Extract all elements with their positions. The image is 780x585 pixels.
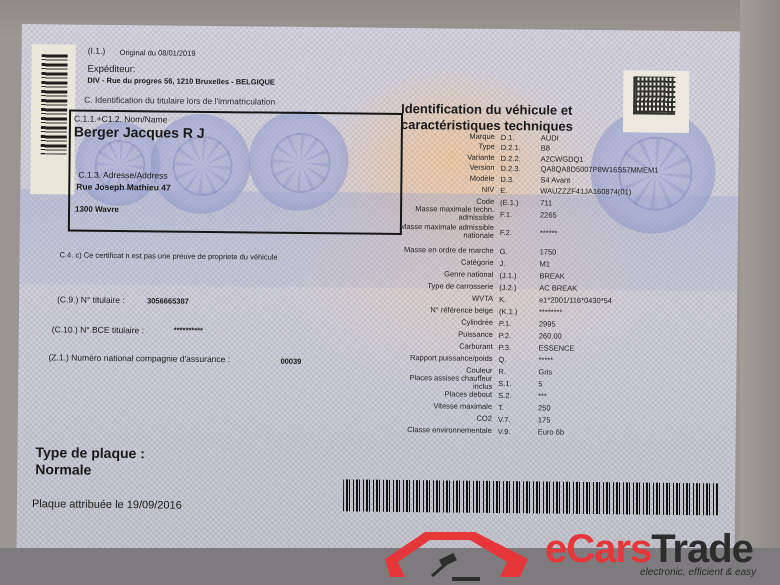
spec-label: Masse en ordre de marche bbox=[404, 246, 494, 255]
ref-code: (I.1.) bbox=[88, 46, 106, 56]
spec-code: P.3. bbox=[499, 343, 511, 352]
spec-label: Classe environnementale bbox=[407, 426, 492, 435]
spec-code: S.2. bbox=[498, 391, 511, 400]
spec-value: ESSENCE bbox=[539, 343, 575, 352]
address-label: C.1.3. Adresse/Address bbox=[78, 170, 167, 181]
spec-label: Version bbox=[469, 164, 494, 172]
holder-section-title: C. Identification du titulaire lors de l… bbox=[84, 95, 275, 107]
spec-value: QA8QA8D5007P8W16S57MMEM1 bbox=[540, 164, 658, 174]
spec-code: T. bbox=[498, 403, 504, 412]
spec-label: Marque bbox=[469, 133, 495, 141]
barcode-icon bbox=[41, 54, 68, 154]
spec-label: Modèle bbox=[470, 175, 495, 183]
spec-label: N° référence belge bbox=[430, 306, 493, 315]
spec-label: NIV bbox=[482, 186, 495, 194]
holder-name: Berger Jacques R J bbox=[74, 124, 205, 141]
sender-label: Expéditeur: bbox=[87, 64, 135, 76]
spec-value: 175 bbox=[538, 415, 551, 424]
spec-value: 1750 bbox=[540, 247, 557, 256]
spec-code: D.2.3. bbox=[500, 164, 520, 173]
spec-code: (J.1.) bbox=[499, 271, 516, 280]
spec-label: Places debout bbox=[445, 390, 493, 398]
spec-value: WAUZZZF41JA160874(01) bbox=[540, 186, 631, 196]
spec-code: F.2. bbox=[500, 228, 512, 237]
spec-code: R. bbox=[498, 367, 506, 376]
spec-value: AUDI bbox=[541, 133, 559, 142]
datamatrix-code-icon bbox=[633, 76, 675, 114]
plate-type-label: Type de plaque : bbox=[35, 444, 145, 461]
spec-label: Masse maximale admissible nationale bbox=[399, 223, 494, 240]
vehicle-title-line1: Identification du véhicule et bbox=[401, 101, 573, 119]
spec-value: ******** bbox=[539, 307, 562, 316]
spec-label: Carburant bbox=[459, 343, 492, 351]
spec-code: D.1. bbox=[501, 133, 515, 142]
holder-city: 1300 Wavre bbox=[75, 205, 119, 214]
spec-label: Genre national bbox=[444, 270, 493, 279]
ecarstrade-wordmark: eCarsTrade bbox=[545, 527, 753, 571]
spec-code: P.2. bbox=[499, 331, 511, 340]
spec-label: Masse maximale techn. admissible bbox=[399, 205, 494, 222]
spec-value: AC BREAK bbox=[539, 283, 577, 292]
holder-street: Rue Joseph Mathieu 47 bbox=[76, 182, 171, 193]
bottom-barcode-icon bbox=[343, 479, 718, 515]
spec-label: Puissance bbox=[458, 331, 493, 339]
vehicle-section-title: Identification du véhicule et caractéris… bbox=[401, 101, 573, 135]
spec-label: Rapport puissance/poids bbox=[410, 354, 493, 363]
insurance-label: (Z.1.) Numéro national compagnie d'assur… bbox=[48, 352, 230, 364]
spec-label: Catégorie bbox=[461, 259, 494, 267]
original-date: Original du 08/01/2019 bbox=[120, 48, 196, 58]
bce-label: (C.10.) N° BCE titulaire : bbox=[52, 324, 144, 335]
spec-label: Type de carrosserie bbox=[427, 282, 493, 291]
spec-value: 711 bbox=[540, 198, 552, 207]
spec-label: Vitesse maximale bbox=[433, 402, 492, 411]
datamatrix-patch bbox=[623, 70, 690, 133]
spec-code: D.2.2. bbox=[501, 154, 521, 163]
spec-code: E. bbox=[500, 186, 507, 195]
spec-code: S.1. bbox=[498, 379, 511, 388]
spec-value: ****** bbox=[540, 228, 558, 237]
spec-value: M1 bbox=[539, 259, 550, 268]
spec-code: D.2.1. bbox=[501, 143, 521, 152]
spec-code: J. bbox=[499, 259, 505, 268]
spec-value: ***** bbox=[538, 355, 553, 364]
spec-value: Gris bbox=[538, 367, 552, 376]
spec-label: CO2 bbox=[476, 415, 492, 423]
brand-tagline: electronic, efficient & easy bbox=[640, 567, 756, 578]
background-right bbox=[740, 0, 780, 585]
spec-code: V.7. bbox=[498, 415, 511, 424]
spec-row: Classe environnementaleV.9.Euro 6b bbox=[348, 425, 728, 441]
holder-number: 3056665387 bbox=[147, 296, 189, 305]
spec-label: Places assises chauffeur inclus bbox=[397, 374, 492, 391]
spec-value: 2995 bbox=[539, 319, 556, 328]
bce-number: ********** bbox=[174, 326, 203, 335]
spec-code: F.1. bbox=[500, 210, 512, 219]
spec-value: A2CWGDQ1 bbox=[541, 154, 584, 163]
spec-value: e1*2001/116*0430*54 bbox=[539, 295, 612, 305]
spec-label: Type bbox=[478, 143, 494, 151]
insurance-number: 00039 bbox=[280, 357, 301, 366]
spec-label: Cylindrée bbox=[461, 319, 493, 327]
spec-code: Q. bbox=[498, 355, 506, 364]
spec-code: P.1. bbox=[499, 319, 511, 328]
ecarstrade-car-logo-icon bbox=[380, 522, 535, 585]
spec-value: 2265 bbox=[540, 210, 557, 219]
brand-part-2: Trade bbox=[651, 527, 753, 571]
spec-code: (J.2.) bbox=[499, 283, 516, 292]
spec-code: D.3. bbox=[500, 175, 514, 184]
spec-label: Variante bbox=[467, 154, 494, 162]
spec-code: G. bbox=[500, 247, 508, 256]
spec-label: WVTA bbox=[472, 295, 493, 303]
plate-assigned-date: Plaque attribuée le 19/09/2016 bbox=[32, 498, 182, 512]
spec-value: B8 bbox=[541, 143, 550, 152]
spec-code: K. bbox=[499, 295, 506, 304]
registration-certificate: (I.1.) Original du 08/01/2019 Expéditeur… bbox=[16, 24, 740, 585]
spec-value: 5 bbox=[538, 379, 542, 388]
spec-value: 260.00 bbox=[539, 331, 562, 340]
spec-value: 250 bbox=[538, 403, 551, 412]
sender-address: DIV - Rue du progres 56, 1210 Bruxelles … bbox=[87, 76, 275, 87]
brand-part-1: eCars bbox=[545, 527, 651, 571]
spec-code: V.9. bbox=[498, 427, 511, 436]
spec-value: BREAK bbox=[539, 271, 565, 280]
spec-value: S4 Avant bbox=[540, 175, 570, 184]
spec-code: (E.1.) bbox=[500, 198, 518, 207]
holder-number-label: (C.9.) N° titulaire : bbox=[57, 294, 125, 305]
spec-value: Euro 6b bbox=[538, 427, 564, 436]
spec-value: *** bbox=[538, 391, 547, 400]
plate-type-value: Normale bbox=[35, 461, 91, 478]
spec-code: (K.1.) bbox=[499, 307, 517, 316]
